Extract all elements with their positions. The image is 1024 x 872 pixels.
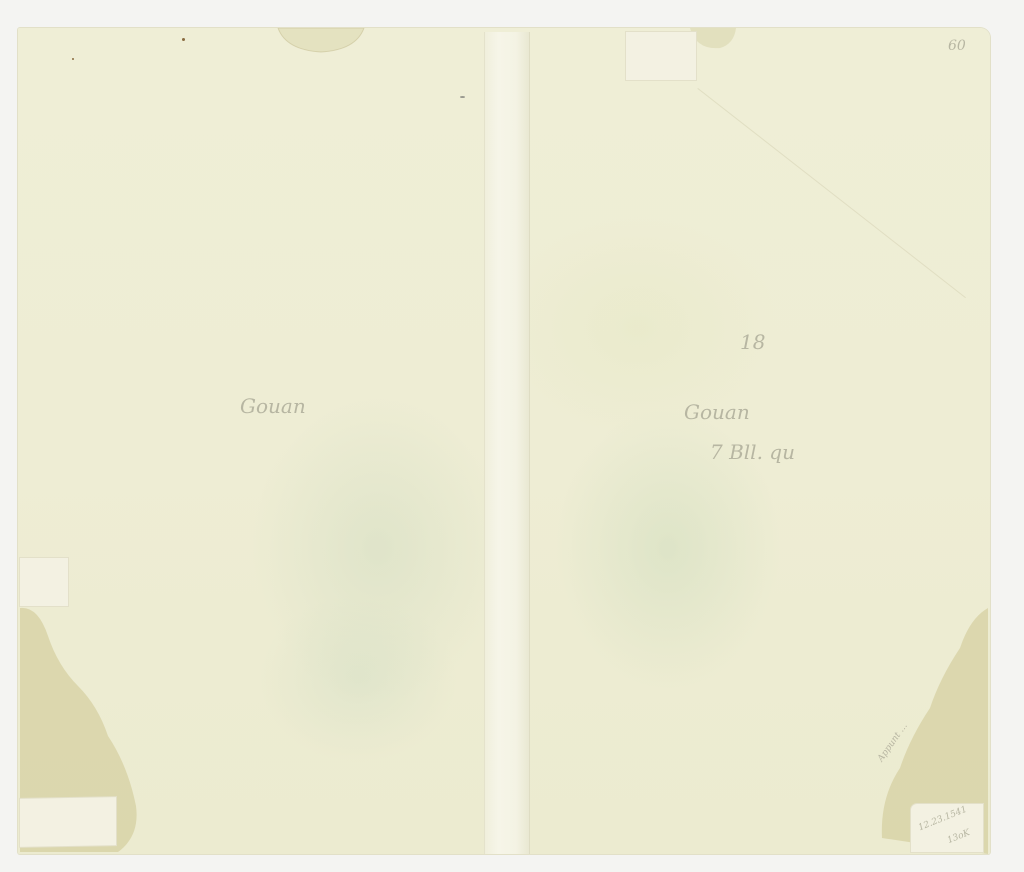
stain-top-right <box>690 28 738 54</box>
tape-patch-bottom-right: 12.23.1541 13oK <box>911 804 983 852</box>
diagonal-fold-line <box>697 88 966 298</box>
tape-patch-bottom-left <box>20 797 116 847</box>
inscription-left-name: Gouan <box>240 394 306 418</box>
inscription-right-note: 7 Bll. qu <box>710 440 795 464</box>
speck <box>460 96 465 98</box>
paper-sheet: 12.23.1541 13oK Gouan 18 Gouan 7 Bll. qu… <box>18 28 990 854</box>
speck <box>72 58 74 60</box>
inscription-right-number: 18 <box>740 330 765 354</box>
stain-top-left <box>276 28 366 54</box>
inscription-corner-number: 60 <box>948 38 966 54</box>
tape-code: 13oK <box>946 828 972 846</box>
tape-number: 12.23.1541 <box>917 805 969 834</box>
inscription-right-name: Gouan <box>684 400 750 424</box>
speck <box>182 38 185 41</box>
center-hinge-strip <box>484 32 530 854</box>
tape-patch-left <box>20 558 68 606</box>
tape-patch-top <box>626 32 696 80</box>
